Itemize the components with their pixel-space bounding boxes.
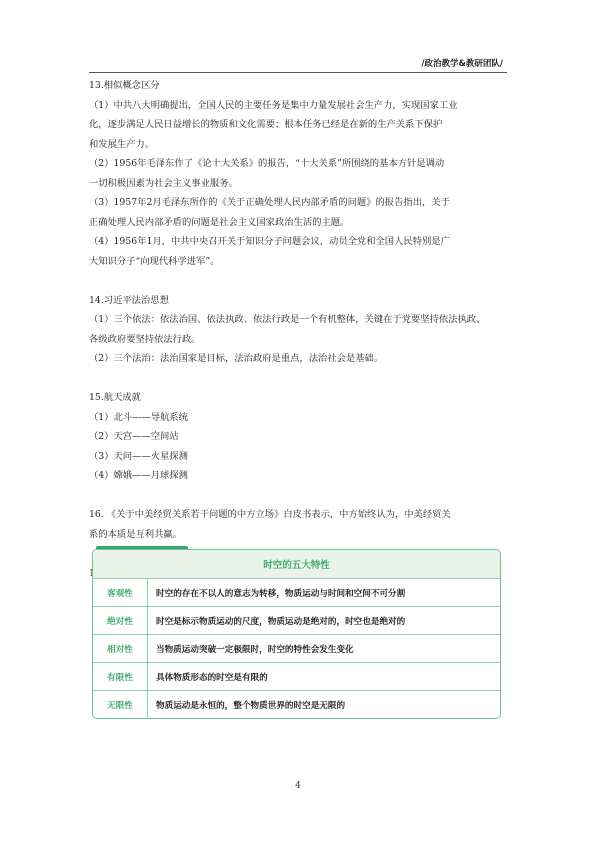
text-line: （1）三个依法：依法治国、依法执政、依法行政是一个有机整体，关键在于党要坚持依法…: [89, 310, 509, 330]
table-accent-bar: [96, 546, 188, 549]
page-number: 4: [0, 781, 596, 791]
header-text: /政治教学&教研团队/: [421, 57, 503, 69]
table-row: 客观性 时空的存在不以人的意志为转移，物质运动与时间和空间不可分割: [93, 579, 500, 607]
property-description: 当物质运动突破一定极限时，时空的特性会发生变化: [148, 635, 500, 663]
table-row: 绝对性 时空是标示物质运动的尺度，物质运动是绝对的，时空也是绝对的: [93, 607, 500, 635]
text-line: 化，逐步满足人民日益增长的物质和文化需要；根本任务已经是在新的生产关系下保护: [89, 115, 509, 135]
table-row: 相对性 当物质运动突破一定极限时，时空的特性会发生变化: [93, 635, 500, 663]
table-row: 无限性 物质运动是永恒的，整个物质世界的时空是无限的: [93, 691, 500, 718]
table-title: 时空的五大特性: [93, 550, 500, 579]
spacetime-properties-table: 时空的五大特性 客观性 时空的存在不以人的意志为转移，物质运动与时间和空间不可分…: [92, 549, 501, 719]
property-description: 时空是标示物质运动的尺度，物质运动是绝对的，时空也是绝对的: [148, 607, 500, 635]
text-line: （3）天问——火星探测: [89, 447, 509, 467]
page-header: /政治教学&教研团队/: [89, 56, 507, 73]
property-description: 具体物质形态的时空是有限的: [148, 663, 500, 691]
text-line: 一切积极因素为社会主义事业服务。: [89, 174, 509, 194]
document-body: 13.相似概念区分 （1）中共八大明确提出，全国人民的主要任务是集中力量发展社会…: [89, 76, 509, 583]
property-name: 绝对性: [93, 607, 148, 635]
text-line: （1）北斗——导航系统: [89, 408, 509, 428]
text-line: 和发展生产力。: [89, 135, 509, 155]
text-line: 系的本质是互利共赢。: [89, 525, 509, 545]
section-15: 15.航天成就 （1）北斗——导航系统 （2）天宫——空间站 （3）天问——火星…: [89, 388, 509, 486]
property-name: 无限性: [93, 691, 148, 718]
section-title: 16. 《关于中美经贸关系若干问题的中方立场》白皮书表示，中方始终认为，中美经贸…: [89, 505, 509, 525]
property-name: 相对性: [93, 635, 148, 663]
section-title: 13.相似概念区分: [89, 76, 509, 96]
property-description: 物质运动是永恒的，整个物质世界的时空是无限的: [148, 691, 500, 718]
property-name: 客观性: [93, 579, 148, 607]
table-row: 有限性 具体物质形态的时空是有限的: [93, 663, 500, 691]
text-line: （4）1956年1月，中共中央召开关于知识分子问题会议，动员全党和全国人民特别是…: [89, 232, 509, 252]
text-line: 各级政府要坚持依法行政。: [89, 330, 509, 350]
text-line: （2）1956年毛泽东作了《论十大关系》的报告，“十大关系”所围绕的基本方针是调…: [89, 154, 509, 174]
text-line: 大知识分子“向现代科学进军”。: [89, 252, 509, 272]
text-line: （2）天宫——空间站: [89, 427, 509, 447]
section-14: 14.习近平法治思想 （1）三个依法：依法治国、依法执政、依法行政是一个有机整体…: [89, 291, 509, 369]
section-13: 13.相似概念区分 （1）中共八大明确提出，全国人民的主要任务是集中力量发展社会…: [89, 76, 509, 271]
section-title: 15.航天成就: [89, 388, 509, 408]
text-line: （2）三个法治：法治国家是目标，法治政府是重点，法治社会是基础。: [89, 349, 509, 369]
property-description: 时空的存在不以人的意志为转移，物质运动与时间和空间不可分割: [148, 579, 500, 607]
property-name: 有限性: [93, 663, 148, 691]
text-line: （4）嫦娥——月球探测: [89, 466, 509, 486]
section-16: 16. 《关于中美经贸关系若干问题的中方立场》白皮书表示，中方始终认为，中美经贸…: [89, 505, 509, 544]
text-line: 正确处理人民内部矛盾的问题是社会主义国家政治生活的主题。: [89, 213, 509, 233]
section-title: 14.习近平法治思想: [89, 291, 509, 311]
text-line: （3）1957年2月毛泽东所作的《关于正确处理人民内部矛盾的问题》的报告指出，关…: [89, 193, 509, 213]
text-line: （1）中共八大明确提出，全国人民的主要任务是集中力量发展社会生产力，实现国家工业: [89, 96, 509, 116]
